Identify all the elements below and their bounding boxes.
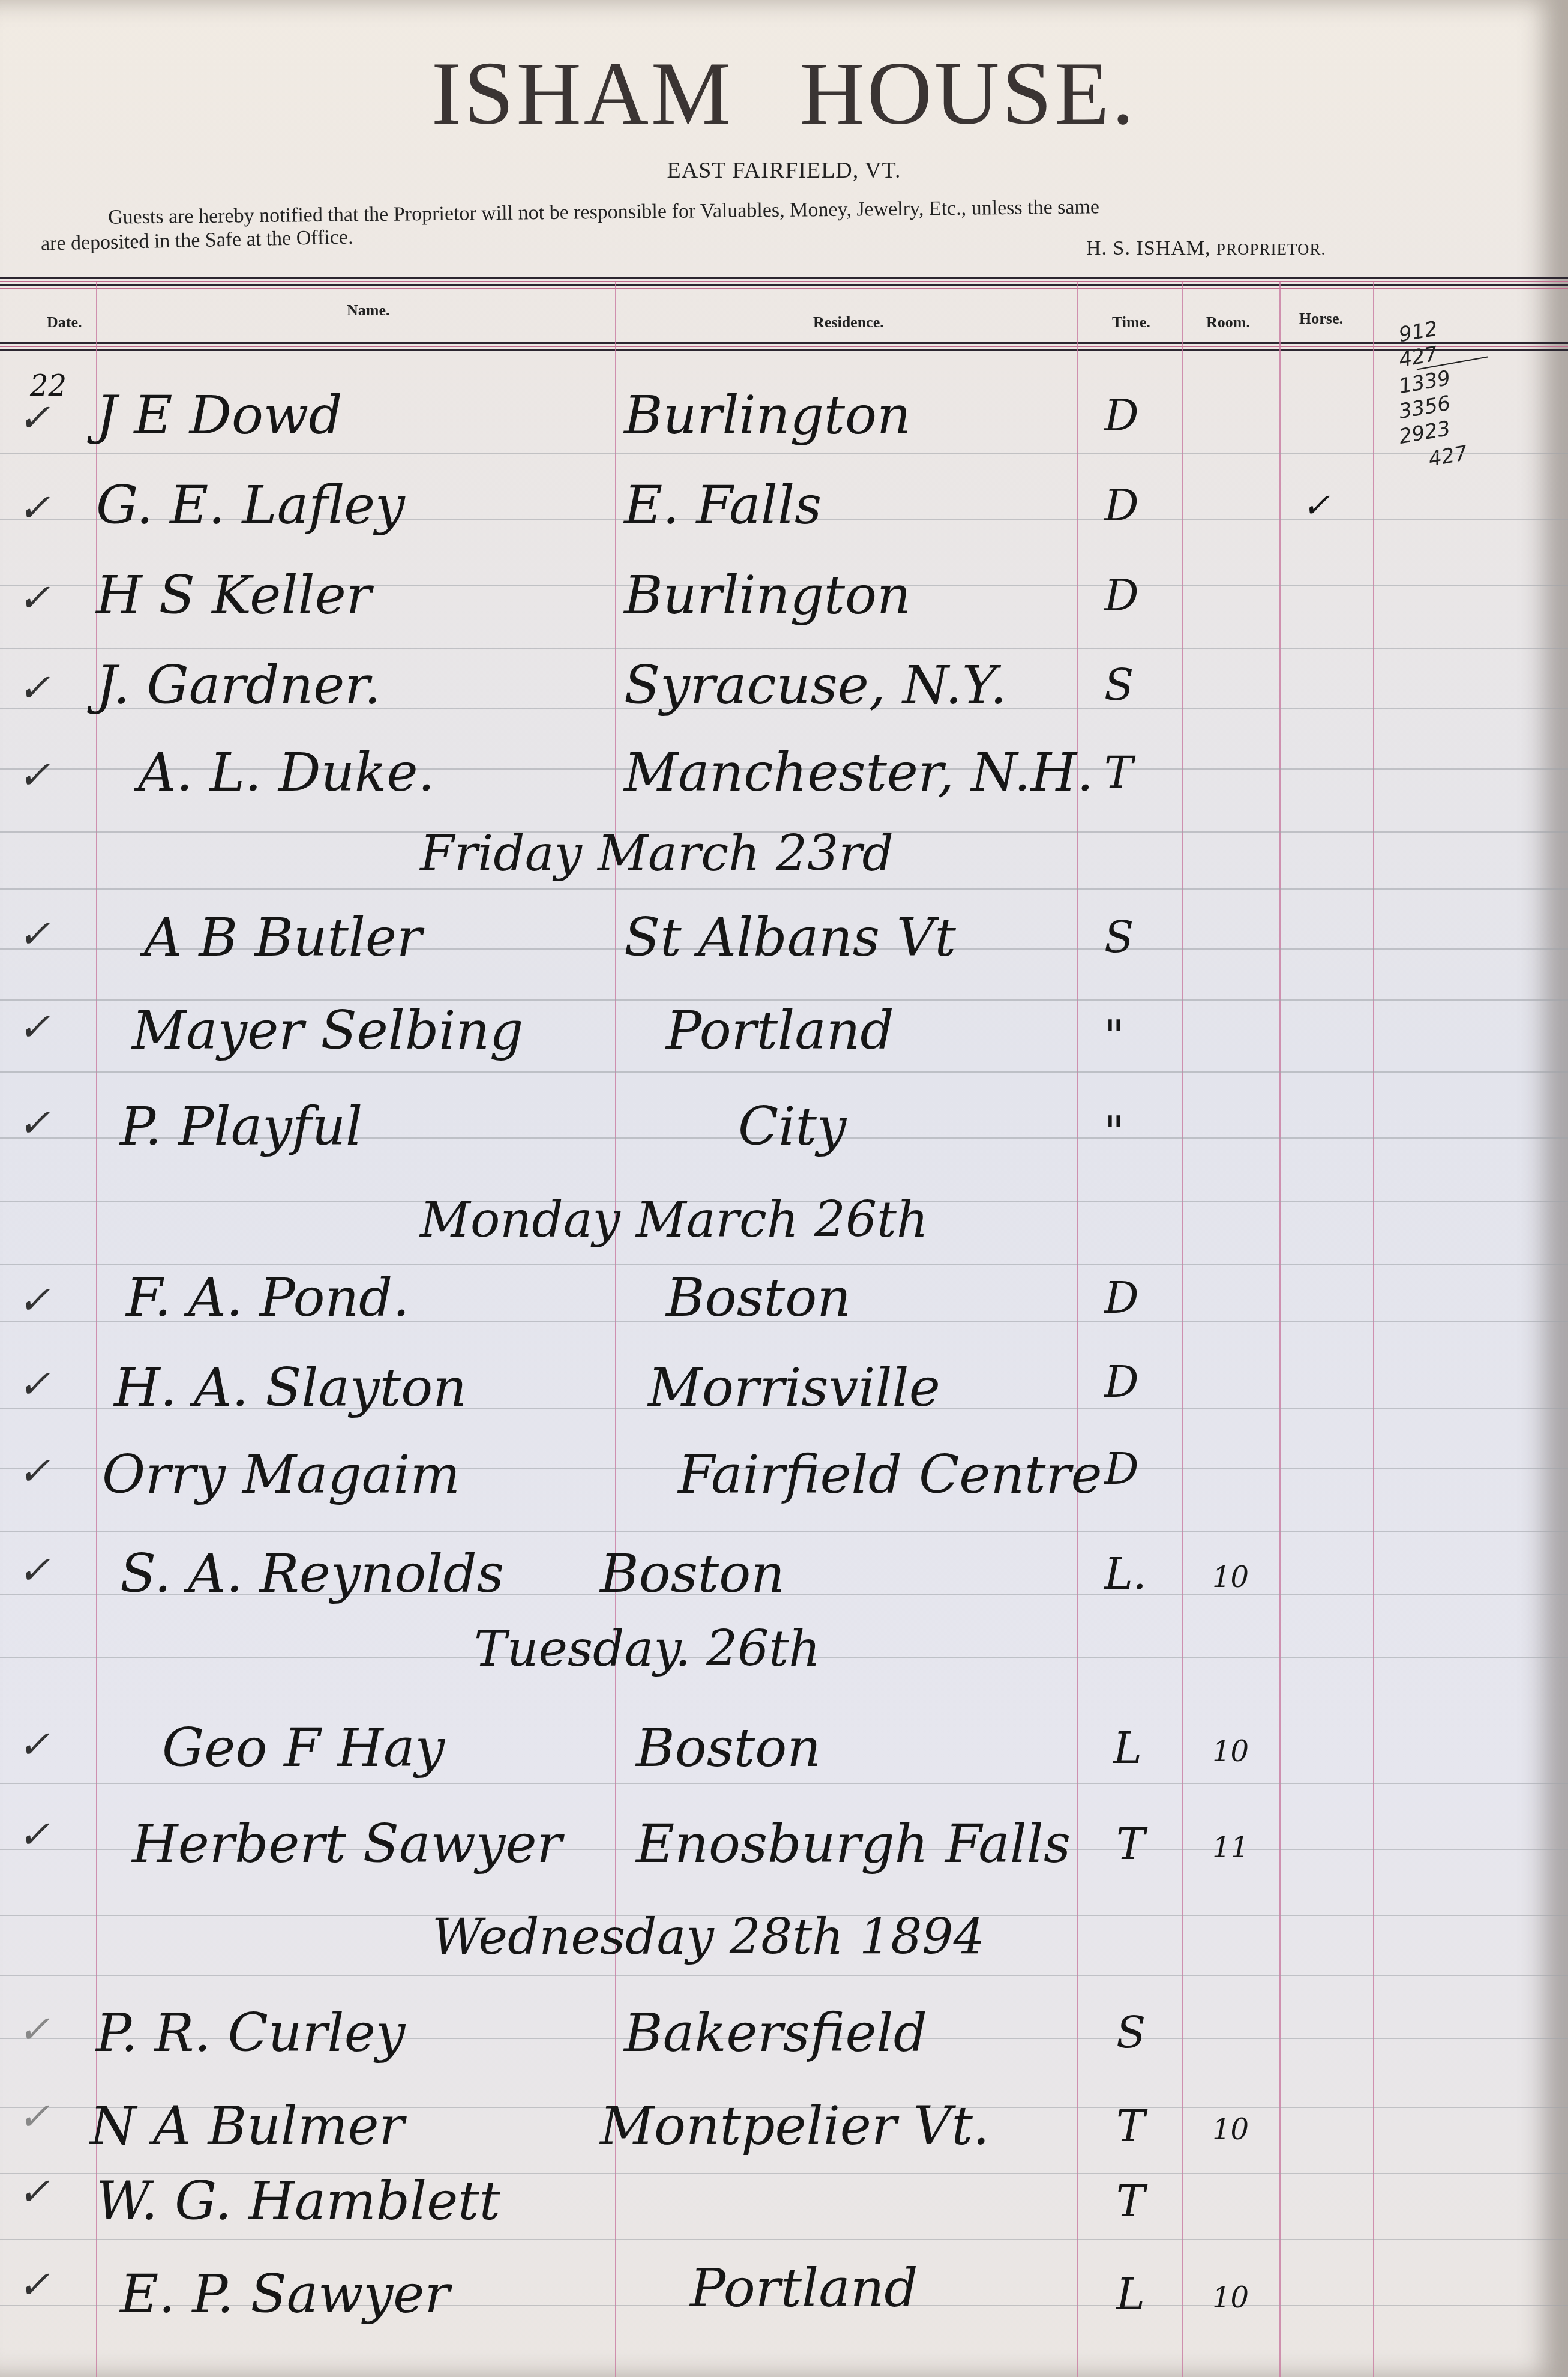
register-entry: ✓ H. A. Slayton Morrisville D [0, 1357, 1568, 1447]
guest-residence: Boston [666, 1267, 851, 1328]
arrival-time: T [1116, 2101, 1145, 2151]
column-header-residence: Residence. [813, 313, 884, 331]
register-page: ISHAMHOUSE. EAST FAIRFIELD, VT. Guests a… [0, 0, 1568, 2377]
checkmark-icon: ✓ [18, 2095, 50, 2139]
guest-name: H S Keller [96, 564, 371, 626]
guest-name: S. A. Reynolds [120, 1543, 504, 1604]
checkmark-icon: ✓ [18, 1363, 50, 1407]
guest-residence: Manchester, N.H. [624, 741, 1093, 803]
horse-mark: ✓ [1302, 486, 1330, 525]
checkmark-icon: ✓ [18, 396, 50, 441]
column-header-horse: Horse. [1299, 310, 1343, 328]
checkmark-icon: ✓ [18, 912, 50, 957]
checkmark-icon: ✓ [18, 1549, 50, 1593]
arrival-time: " [1104, 1011, 1124, 1062]
guest-residence: Portland [690, 2257, 918, 2319]
arrival-time: D [1104, 480, 1139, 531]
guest-residence: Fairfield Centre [678, 1444, 1102, 1505]
arrival-time: T [1116, 2176, 1145, 2226]
guest-residence: Burlington [624, 384, 911, 446]
register-entry: ✓ H S Keller Burlington D [0, 558, 1568, 648]
register-entry: ✓ A. L. Duke. Manchester, N.H. T [0, 741, 1568, 831]
guest-name: P. Playful [120, 1095, 362, 1157]
checkmark-icon: ✓ [18, 2263, 50, 2307]
guest-name: E. P. Sawyer [120, 2263, 449, 2325]
checkmark-icon: ✓ [18, 1813, 50, 1857]
guest-residence: Burlington [624, 564, 911, 626]
checkmark-icon: ✓ [18, 1723, 50, 1767]
guest-name: A. L. Duke. [138, 741, 434, 803]
column-header-time: Time. [1112, 313, 1150, 331]
register-entry: ✓ P. Playful City " [0, 1095, 1568, 1185]
arrival-time: L. [1104, 1549, 1147, 1599]
guest-name: Mayer Selbing [132, 999, 523, 1061]
room-number: 11 [1212, 1831, 1249, 1864]
checkmark-icon: ✓ [18, 1005, 50, 1050]
guest-name: J. Gardner. [96, 654, 381, 716]
register-entry: ✓ S. A. Reynolds Boston L. 10 [0, 1543, 1568, 1633]
guest-name: H. A. Slayton [114, 1357, 467, 1418]
guest-residence: Montpelier Vt. [600, 2095, 990, 2157]
guest-residence: Portland [666, 999, 894, 1061]
hotel-name-word2: HOUSE. [799, 44, 1137, 143]
checkmark-icon: ✓ [18, 1279, 50, 1323]
checkmark-icon: ✓ [18, 2008, 50, 2052]
register-entry: ✓ Orry Magaim Fairfield Centre D [0, 1444, 1568, 1534]
guest-name: G. E. Lafley [96, 474, 405, 536]
arrival-time: D [1104, 1273, 1139, 1323]
register-entry: ✓ Herbert Sawyer Enosburgh Falls T 11 [0, 1813, 1568, 1903]
arrival-time: D [1104, 570, 1139, 621]
arrival-time: " [1104, 1107, 1124, 1158]
arrival-time: D [1104, 1444, 1139, 1494]
room-number: 10 [1212, 1561, 1249, 1594]
checkmark-icon: ✓ [18, 666, 50, 711]
guest-name: A B Butler [144, 906, 422, 968]
hotel-name: ISHAMHOUSE. [0, 42, 1568, 145]
arrival-time: S [1116, 2008, 1146, 2058]
guest-name: Orry Magaim [102, 1444, 460, 1505]
day-header: Friday March 23rd [420, 825, 894, 882]
column-header-name: Name. [347, 301, 389, 319]
checkmark-icon: ✓ [18, 2170, 50, 2214]
register-entry: 22 ✓ J E Dowd Burlington D [0, 360, 1568, 450]
guest-residence: Syracuse, N.Y. [624, 654, 1007, 716]
arrival-time: D [1104, 390, 1139, 441]
guest-residence: E. Falls [624, 474, 822, 536]
register-entry: ✓ F. A. Pond. Boston D [0, 1267, 1568, 1357]
arrival-time: S [1104, 660, 1134, 711]
register-entry: ✓ A B Butler St Albans Vt S [0, 906, 1568, 996]
register-header: ISHAMHOUSE. EAST FAIRFIELD, VT. Guests a… [0, 0, 1568, 282]
day-header: Wednesday 28th 1894 [432, 1909, 985, 1966]
guest-residence: Boston [636, 1717, 821, 1779]
register-entry: ✓ G. E. Lafley E. Falls D ✓ [0, 462, 1568, 552]
column-headers: Date. Name. Residence. Time. Room. Horse… [0, 300, 1568, 348]
guest-residence: St Albans Vt [624, 906, 956, 968]
guest-name: N A Bulmer [90, 2095, 404, 2157]
guest-residence: City [738, 1095, 847, 1157]
register-entry: ✓ E. P. Sawyer Portland L 10 [0, 2263, 1568, 2353]
arrival-time: T [1116, 1819, 1145, 1869]
guest-name: J E Dowd [96, 384, 343, 446]
register-entry: ✓ P. R. Curley Bakersfield S [0, 2002, 1568, 2092]
hotel-name-word1: ISHAM [431, 44, 733, 143]
proprietor-signature-line: H. S. ISHAM, PROPRIETOR. [1086, 237, 1326, 260]
checkmark-icon: ✓ [18, 1101, 50, 1146]
guest-name: W. G. Hamblett [96, 2170, 500, 2232]
register-entry: ✓ J. Gardner. Syracuse, N.Y. S [0, 654, 1568, 744]
day-header: Monday March 26th [420, 1192, 928, 1249]
guest-residence: Morrisville [648, 1357, 940, 1418]
room-number: 10 [1212, 2281, 1249, 2315]
day-header: Tuesday. 26th [474, 1621, 820, 1678]
checkmark-icon: ✓ [18, 1450, 50, 1494]
guest-name: Herbert Sawyer [132, 1813, 562, 1875]
arrival-time: S [1104, 912, 1134, 963]
proprietor-title: PROPRIETOR. [1216, 240, 1326, 258]
arrival-time: L [1113, 1723, 1142, 1773]
arrival-time: L [1116, 2269, 1145, 2319]
guest-residence: Bakersfield [624, 2002, 927, 2064]
guest-residence: Boston [600, 1543, 785, 1604]
register-entry: ✓ Mayer Selbing Portland " [0, 999, 1568, 1089]
guest-residence: Enosburgh Falls [636, 1813, 1071, 1875]
register-entry: ✓ Geo F Hay Boston L 10 [0, 1717, 1568, 1807]
checkmark-icon: ✓ [18, 576, 50, 621]
guest-name: F. A. Pond. [126, 1267, 409, 1328]
hotel-location: EAST FAIRFIELD, VT. [0, 157, 1568, 184]
room-number: 10 [1212, 2113, 1249, 2147]
liability-notice-line1: Guests are hereby notified that the Prop… [108, 196, 1099, 229]
guest-name: P. R. Curley [96, 2002, 406, 2064]
header-rule-top [0, 277, 1568, 291]
arrival-time: T [1104, 747, 1133, 798]
arrival-time: D [1104, 1357, 1139, 1407]
column-header-date: Date. [47, 313, 82, 331]
proprietor-name: H. S. ISHAM, [1086, 237, 1211, 259]
checkmark-icon: ✓ [18, 486, 50, 531]
checkmark-icon: ✓ [18, 753, 50, 798]
room-number: 10 [1212, 1735, 1249, 1768]
column-header-room: Room. [1206, 313, 1250, 331]
register-entry: ✓ W. G. Hamblett T [0, 2170, 1568, 2260]
liability-notice-line2: are deposited in the Safe at the Office. [41, 226, 353, 256]
guest-name: Geo F Hay [162, 1717, 445, 1779]
